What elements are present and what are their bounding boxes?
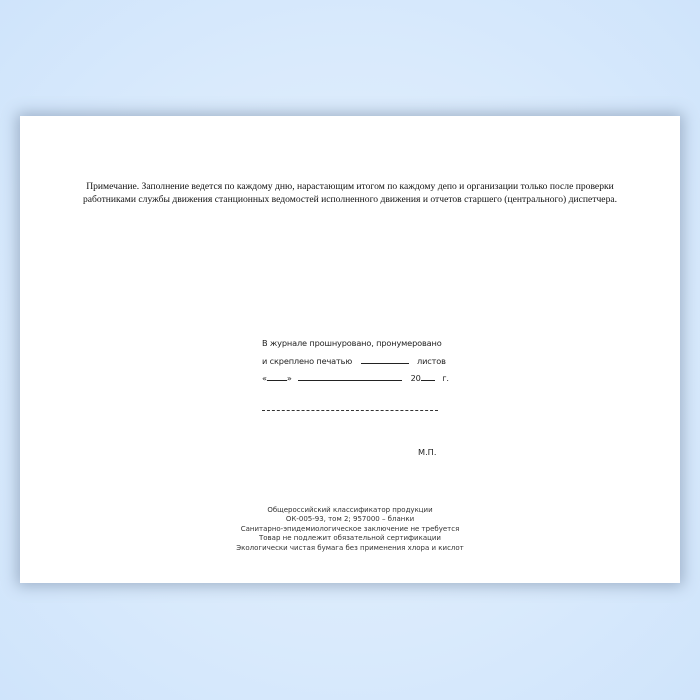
footer-line: Экологически чистая бумага без применени… xyxy=(20,544,680,553)
note-text: Примечание. Заполнение ведется по каждом… xyxy=(20,180,680,206)
footer-line: Товар не подлежит обязательной сертифика… xyxy=(20,534,680,543)
day-blank xyxy=(267,372,287,381)
year-prefix: 20 xyxy=(411,373,421,383)
footer-line: Санитарно-эпидемиологическое заключение … xyxy=(20,525,680,534)
year-suffix: г. xyxy=(442,373,449,383)
binding-certification: В журнале прошнуровано, пронумеровано и … xyxy=(262,338,442,389)
stamp-label: М.П. xyxy=(418,447,436,457)
footer-info: Общероссийский классификатор продукции О… xyxy=(20,506,680,553)
footer-line: ОК-005-93, том 2; 957000 – бланки xyxy=(20,515,680,524)
binding-line-1: В журнале прошнуровано, пронумеровано xyxy=(262,338,442,355)
footer-line: Общероссийский классификатор продукции xyxy=(20,506,680,515)
binding-line-2-prefix: и скреплено печатью xyxy=(262,356,352,366)
month-blank xyxy=(298,372,402,381)
signature-line xyxy=(262,410,438,411)
binding-line-2-suffix: листов xyxy=(417,356,446,366)
sheet-count-blank xyxy=(361,355,409,364)
binding-line-2: и скреплено печатью листов xyxy=(262,355,442,372)
note-line: Примечание. Заполнение ведется по каждом… xyxy=(20,180,680,193)
binding-date-line: «» 20 г. xyxy=(262,372,442,389)
document-page: Примечание. Заполнение ведется по каждом… xyxy=(20,116,680,583)
year-blank xyxy=(421,372,435,381)
close-quote: » xyxy=(287,373,292,383)
note-line: работниками службы движения станционных … xyxy=(20,193,680,206)
